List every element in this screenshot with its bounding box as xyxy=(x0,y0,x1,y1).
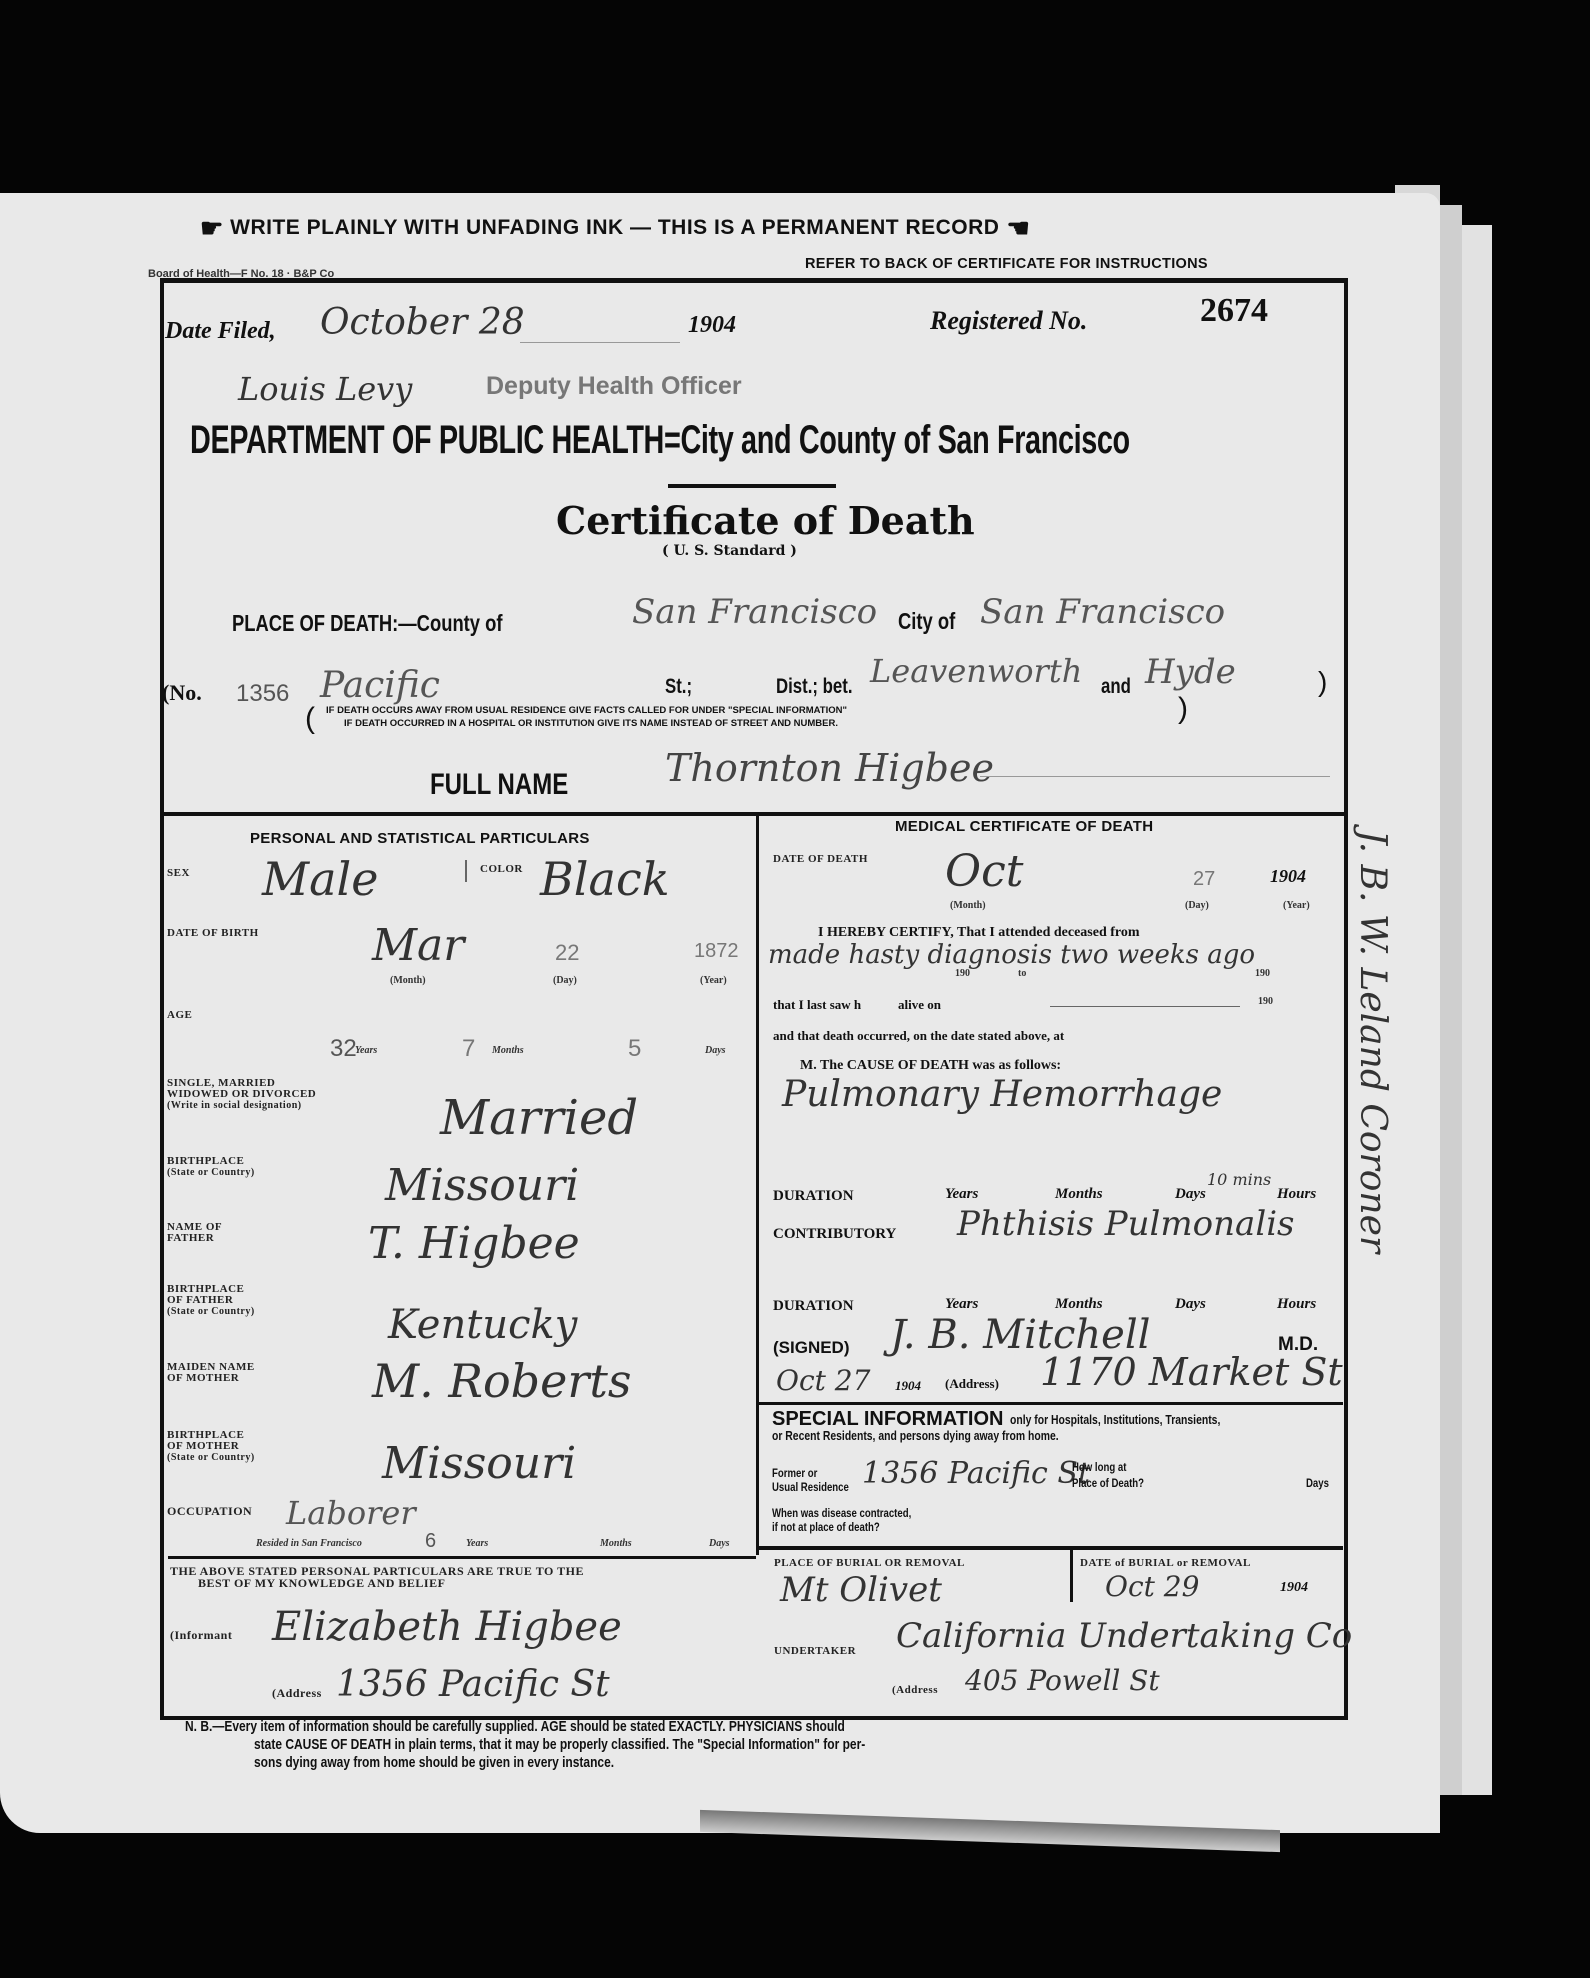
duration2-label: DURATION xyxy=(773,1298,854,1315)
resided-years: 6 xyxy=(425,1530,436,1553)
full-name-label: FULL NAME xyxy=(430,768,568,802)
duration2-months-label: Months xyxy=(1055,1296,1103,1313)
former-residence-value: 1356 Pacific St xyxy=(862,1456,1090,1491)
margin-note: J. B. W. Leland Coroner xyxy=(1352,830,1393,1253)
birthplace-label-2: (State or Country) xyxy=(167,1167,255,1178)
dist-label: Dist.; bet. xyxy=(776,675,853,699)
dod-day: 27 xyxy=(1193,868,1215,891)
signed-year: 1904 xyxy=(895,1378,921,1394)
marital-label-3: (Write in social designation) xyxy=(167,1100,302,1111)
informant-address-value: 1356 Pacific St xyxy=(336,1664,610,1705)
physician-address-label: (Address) xyxy=(945,1376,999,1392)
county-value: San Francisco xyxy=(632,592,877,632)
contributory-value: Phthisis Pulmonalis xyxy=(957,1204,1295,1244)
page-stack-edge xyxy=(1462,225,1492,1795)
street-label: St.; xyxy=(665,675,692,699)
cause-value: Pulmonary Hemorrhage xyxy=(782,1074,1222,1115)
date-filed-year: 1904 xyxy=(688,312,736,339)
birthplace-value: Missouri xyxy=(385,1160,579,1211)
age-years: 32 xyxy=(330,1035,357,1063)
dod-day-label: (Day) xyxy=(1185,900,1209,911)
father-bp-label-2: OF FATHER xyxy=(167,1295,233,1306)
year-prefix: 190 xyxy=(955,968,970,979)
dob-month: Mar xyxy=(372,920,464,971)
footer-note-1: N. B.—Every item of information should b… xyxy=(185,1718,845,1735)
dod-year-label: (Year) xyxy=(1283,900,1310,911)
department-heading: DEPARTMENT OF PUBLIC HEALTH=City and Cou… xyxy=(190,418,1130,463)
contracted-label-1: When was disease contracted, xyxy=(772,1506,911,1520)
mother-label-2: OF MOTHER xyxy=(167,1373,239,1384)
date-filed-value: October 28 xyxy=(320,302,525,343)
year-label: (Year) xyxy=(700,975,727,986)
dod-month: Oct xyxy=(945,846,1023,897)
refer-instructions: REFER TO BACK OF CERTIFICATE FOR INSTRUC… xyxy=(805,256,1208,272)
resided-label: Resided in San Francisco xyxy=(256,1538,362,1549)
burial-date-value: Oct 29 xyxy=(1105,1570,1199,1603)
month-label: (Month) xyxy=(390,975,426,986)
months-label: Months xyxy=(492,1045,524,1056)
footer-note-3: sons dying away from home should be give… xyxy=(254,1754,614,1771)
sex-value: Male xyxy=(262,852,378,906)
alive-label: alive on xyxy=(898,997,941,1013)
how-long-label-2: Place of Death? xyxy=(1072,1476,1144,1490)
duration2-hours-label: Hours xyxy=(1277,1296,1316,1313)
contracted-label-2: if not at place of death? xyxy=(772,1520,880,1534)
special-info-note-1: only for Hospitals, Institutions, Transi… xyxy=(1010,1412,1220,1427)
officer-signature: Louis Levy xyxy=(238,370,412,408)
color-label: COLOR xyxy=(480,864,523,875)
father-birthplace-value: Kentucky xyxy=(388,1302,577,1348)
former-residence-label-1: Former or xyxy=(772,1466,817,1480)
dod-label: DATE OF DEATH xyxy=(773,854,868,865)
resided-days-label: Days xyxy=(709,1538,730,1549)
last-saw-label: that I last saw h xyxy=(773,997,861,1013)
registered-number: 2674 xyxy=(1200,292,1268,330)
cross-street-2: Hyde xyxy=(1145,652,1236,692)
paren: ) xyxy=(1178,692,1188,726)
mother-bp-label-2: OF MOTHER xyxy=(167,1441,239,1452)
undertaker-value: California Undertaking Co xyxy=(896,1616,1352,1656)
informant-statement-2: BEST OF MY KNOWLEDGE AND BELIEF xyxy=(198,1578,445,1589)
dob-day: 22 xyxy=(555,940,579,966)
street-number-label: (No. xyxy=(162,680,202,706)
divider xyxy=(668,484,836,488)
dod-month-label: (Month) xyxy=(950,900,986,911)
attended-note: made hasty diagnosis two weeks ago xyxy=(768,940,1255,970)
dod-year: 1904 xyxy=(1270,866,1306,887)
how-long-label-1: How long at xyxy=(1072,1460,1126,1474)
cross-street-1: Leavenworth xyxy=(870,652,1082,690)
year-prefix: 190 xyxy=(1258,996,1273,1007)
undertaker-address-label: (Address xyxy=(892,1685,938,1696)
ink-warning-banner: ☛ WRITE PLAINLY WITH UNFADING INK — THIS… xyxy=(200,213,1300,244)
city-label: City of xyxy=(898,608,955,635)
paren: ( xyxy=(305,702,315,736)
color-value: Black xyxy=(540,852,670,906)
duration-days-label: Days xyxy=(1175,1186,1206,1203)
full-name-value: Thornton Higbee xyxy=(665,746,994,790)
officer-title: Deputy Health Officer xyxy=(486,372,742,401)
day-label: (Day) xyxy=(553,975,577,986)
resided-months-label: Months xyxy=(600,1538,632,1549)
resided-years-label: Years xyxy=(466,1538,488,1549)
burial-year: 1904 xyxy=(1280,1580,1308,1596)
certify-text: I HEREBY CERTIFY, That I attended deceas… xyxy=(818,925,1140,941)
date-filed-label: Date Filed, xyxy=(165,318,276,345)
marital-label-2: WIDOWED OR DIVORCED xyxy=(167,1089,316,1100)
place-note-2: IF DEATH OCCURRED IN A HOSPITAL OR INSTI… xyxy=(344,718,838,729)
signed-label: (SIGNED) xyxy=(773,1338,850,1358)
registered-label: Registered No. xyxy=(930,306,1087,336)
signed-date: Oct 27 xyxy=(776,1364,870,1397)
special-info-note-2: or Recent Residents, and persons dying a… xyxy=(772,1428,1059,1443)
duration-label: DURATION xyxy=(773,1188,854,1205)
medical-heading: MEDICAL CERTIFICATE OF DEATH xyxy=(895,818,1153,835)
section-divider xyxy=(160,812,1344,816)
burial-date-label: DATE of BURIAL or REMOVAL xyxy=(1080,1558,1251,1569)
undertaker-label: UNDERTAKER xyxy=(774,1646,856,1657)
sex-label: SEX xyxy=(167,868,190,879)
dob-year: 1872 xyxy=(694,940,739,963)
duration-months-label: Months xyxy=(1055,1186,1103,1203)
street-name: Pacific xyxy=(320,665,440,706)
duration-years-label: Years xyxy=(945,1186,978,1203)
father-bp-label-3: (State or Country) xyxy=(167,1306,255,1317)
duration-note: 10 mins xyxy=(1207,1170,1271,1189)
burial-place-value: Mt Olivet xyxy=(780,1570,942,1610)
dob-label: DATE OF BIRTH xyxy=(167,928,259,939)
personal-heading: PERSONAL AND STATISTICAL PARTICULARS xyxy=(250,830,590,847)
place-of-death-label: PLACE OF DEATH:—County of xyxy=(232,610,503,637)
to-label: to xyxy=(1018,968,1026,979)
pointing-hand-icon: ☛ xyxy=(1006,213,1030,244)
mother-birthplace-value: Missouri xyxy=(382,1438,576,1489)
burial-place-label: PLACE OF BURIAL OR REMOVAL xyxy=(774,1558,965,1569)
certificate-title: Certificate of Death xyxy=(556,498,975,543)
informant-address-label: (Address xyxy=(272,1688,322,1699)
former-residence-label-2: Usual Residence xyxy=(772,1480,849,1494)
years-label: Years xyxy=(355,1045,377,1056)
occupation-value: Laborer xyxy=(286,1494,416,1532)
marital-value: Married xyxy=(440,1090,638,1146)
column-divider xyxy=(756,815,759,1555)
how-long-days-label: Days xyxy=(1306,1476,1329,1490)
street-number: 1356 xyxy=(236,680,289,708)
and-label: and xyxy=(1101,675,1131,699)
mother-bp-label-3: (State or Country) xyxy=(167,1452,255,1463)
days-label: Days xyxy=(705,1045,726,1056)
informant-value: Elizabeth Higbee xyxy=(272,1604,622,1650)
death-occurred-text: and that death occurred, on the date sta… xyxy=(773,1028,1064,1044)
paren: ) xyxy=(1318,666,1327,698)
informant-label: (Informant xyxy=(170,1630,232,1641)
pointing-hand-icon: ☛ xyxy=(200,213,224,244)
duration2-years-label: Years xyxy=(945,1296,978,1313)
footer-note-2: state CAUSE OF DEATH in plain terms, tha… xyxy=(254,1736,865,1753)
page-stack-edge xyxy=(1440,205,1462,1795)
father-value: T. Higbee xyxy=(368,1218,580,1269)
cause-label: M. The CAUSE OF DEATH was as follows: xyxy=(800,1058,1061,1074)
city-value: San Francisco xyxy=(980,592,1225,632)
age-days: 5 xyxy=(628,1035,641,1063)
age-months: 7 xyxy=(462,1035,475,1063)
place-note-1: IF DEATH OCCURS AWAY FROM USUAL RESIDENC… xyxy=(326,705,847,716)
certificate-subtitle: ( U. S. Standard ) xyxy=(662,543,797,559)
duration2-days-label: Days xyxy=(1175,1296,1206,1313)
contributory-label: CONTRIBUTORY xyxy=(773,1226,896,1243)
occupation-label: OCCUPATION xyxy=(167,1506,252,1517)
undertaker-address-value: 405 Powell St xyxy=(965,1664,1160,1697)
father-label-2: FATHER xyxy=(167,1233,214,1244)
physician-address: 1170 Market St xyxy=(1040,1350,1343,1394)
birthplace-label-1: BIRTHPLACE xyxy=(167,1156,244,1167)
duration-hours-label: Hours xyxy=(1277,1186,1316,1203)
mother-value: M. Roberts xyxy=(372,1354,631,1408)
year-prefix: 190 xyxy=(1255,968,1270,979)
age-label: AGE xyxy=(167,1010,192,1021)
